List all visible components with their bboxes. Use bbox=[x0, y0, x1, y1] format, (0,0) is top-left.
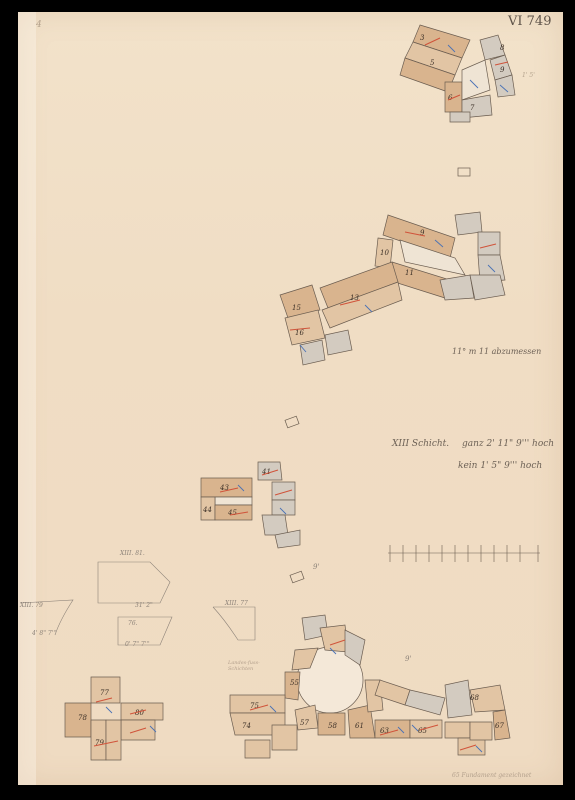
detail-3-label: 76. bbox=[128, 620, 138, 627]
detail-4-label: XIII. 77 bbox=[225, 600, 248, 607]
small-note-2: 9' bbox=[405, 655, 411, 663]
height-line-1: ganz 2' 11" 9''' hoch bbox=[462, 439, 554, 449]
svg-text:45: 45 bbox=[227, 509, 237, 517]
svg-text:44: 44 bbox=[202, 506, 212, 514]
small-note: 9' bbox=[313, 563, 319, 571]
svg-text:16: 16 bbox=[295, 329, 304, 337]
detail-1-label: XIII. 81. bbox=[120, 550, 145, 557]
detail-2-label: XIII. 79 bbox=[20, 602, 43, 609]
svg-text:78: 78 bbox=[78, 714, 87, 722]
svg-text:9: 9 bbox=[500, 66, 505, 74]
svg-text:57: 57 bbox=[300, 719, 309, 727]
svg-text:15: 15 bbox=[292, 304, 301, 312]
section-label: XIII Schicht. bbox=[392, 439, 449, 449]
scale-bar bbox=[388, 545, 540, 562]
svg-text:61: 61 bbox=[355, 722, 364, 730]
detail-2-dim: 4' 8" 7''' bbox=[32, 630, 57, 637]
marker-rect-1 bbox=[458, 168, 470, 176]
svg-text:67: 67 bbox=[495, 722, 504, 730]
height-line-2: kein 1' 5" 9''' hoch bbox=[458, 461, 542, 471]
plan-1: 35 67 89 bbox=[400, 25, 515, 122]
svg-text:55: 55 bbox=[290, 679, 299, 687]
plan-3: 4344 4541 bbox=[201, 462, 300, 548]
side-note: Landes-fuss-Schichten bbox=[228, 660, 268, 672]
svg-text:80: 80 bbox=[135, 709, 144, 717]
svg-text:3: 3 bbox=[420, 34, 425, 42]
marker-rect-3 bbox=[290, 571, 304, 583]
right-note: 1' 5' bbox=[522, 72, 535, 79]
detail-3-dim: 0' 7" 7''' bbox=[125, 641, 150, 648]
plan-4: 5557 5861 6365 7574 6867 bbox=[230, 615, 510, 758]
detail-1-dim: 31' 2" bbox=[135, 602, 153, 609]
floor-plans: 35 67 89 910 1113 1516 bbox=[0, 0, 575, 800]
marker-rect-2 bbox=[285, 416, 299, 428]
svg-text:7: 7 bbox=[470, 104, 475, 112]
svg-text:8: 8 bbox=[500, 44, 505, 52]
plan-2: 910 1113 1516 bbox=[280, 212, 505, 365]
plan-5: 7778 8079 bbox=[65, 677, 163, 760]
svg-text:77: 77 bbox=[100, 689, 109, 697]
svg-text:10: 10 bbox=[380, 249, 389, 257]
svg-text:58: 58 bbox=[328, 722, 337, 730]
svg-text:5: 5 bbox=[430, 59, 435, 67]
plan-2-caption: 11° m 11 abzumessen bbox=[452, 347, 541, 356]
svg-text:74: 74 bbox=[242, 722, 251, 730]
bottom-note: 65 Fundament gezeichnet bbox=[452, 772, 531, 779]
svg-text:68: 68 bbox=[470, 694, 479, 702]
svg-text:11: 11 bbox=[405, 269, 414, 277]
